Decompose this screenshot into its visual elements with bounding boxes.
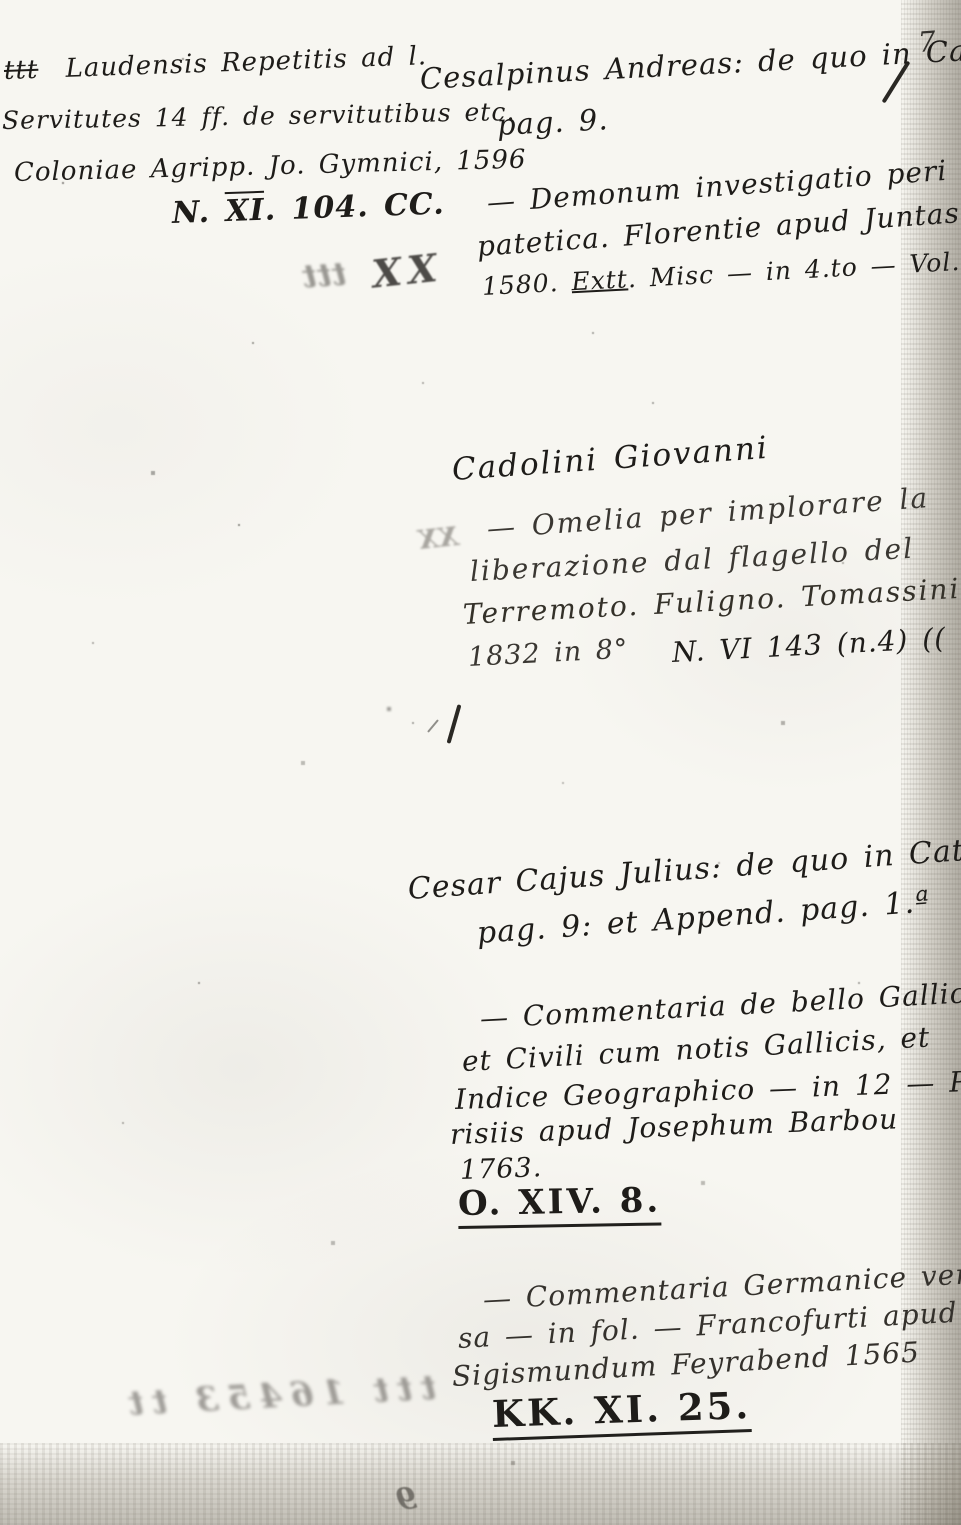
entry-line: 1763. xyxy=(459,1152,542,1186)
ink-stroke xyxy=(447,704,462,744)
entry-heading: Cadolini Giovanni xyxy=(451,430,770,488)
entry-heading: pag. 9. xyxy=(496,102,609,142)
shelfmark-text: KK. XI. 25. xyxy=(491,1383,752,1441)
manuscript-page: 7 ttt Laudensis Repetitis ad l. Servitut… xyxy=(0,0,961,1525)
shelfmark-part: . 104. CC. xyxy=(264,186,445,227)
shelfmark-part: N. xyxy=(171,194,226,231)
cross-mark: ttt xyxy=(3,55,38,86)
marginal-note-line: ttt Laudensis Repetitis ad l. xyxy=(3,41,427,86)
bleedthrough-mark: ttt xyxy=(301,254,348,295)
marginal-note-line: Coloniae Agripp. Jo. Gymnici, 1596 xyxy=(14,145,527,188)
entry-heading: Cesalpinus Andreas: de quo in Cat. xyxy=(419,32,961,96)
entry-line-part-underlined: Extt xyxy=(571,264,629,296)
page-edge-bottom xyxy=(0,1443,961,1525)
entry-shelfmark: O. XIV. 8. xyxy=(458,1180,662,1224)
marginal-note-line: Servitutes 14 ff. de servitutibus etc. xyxy=(2,97,516,135)
entry-shelfmark: KK. XI. 25. xyxy=(491,1383,752,1436)
paper-speckles xyxy=(0,0,2,2)
marginal-shelfmark: N. XI. 104. CC. xyxy=(171,186,445,230)
bleedthrough-mark: XX xyxy=(417,522,460,556)
entry-line-part: 1580. xyxy=(481,267,572,301)
entry-line: 1832 in 8° xyxy=(467,634,629,673)
shelfmark-part-overlined: XI xyxy=(225,193,266,229)
bleedthrough-mark: ttt 16453 tt xyxy=(119,1368,437,1425)
ink-stroke xyxy=(427,719,439,733)
marginal-note-text: Laudensis Repetitis ad l. xyxy=(65,41,427,84)
bleedthrough-mark: XX xyxy=(370,244,445,296)
shelfmark-text: O. XIV. 8. xyxy=(458,1180,662,1229)
